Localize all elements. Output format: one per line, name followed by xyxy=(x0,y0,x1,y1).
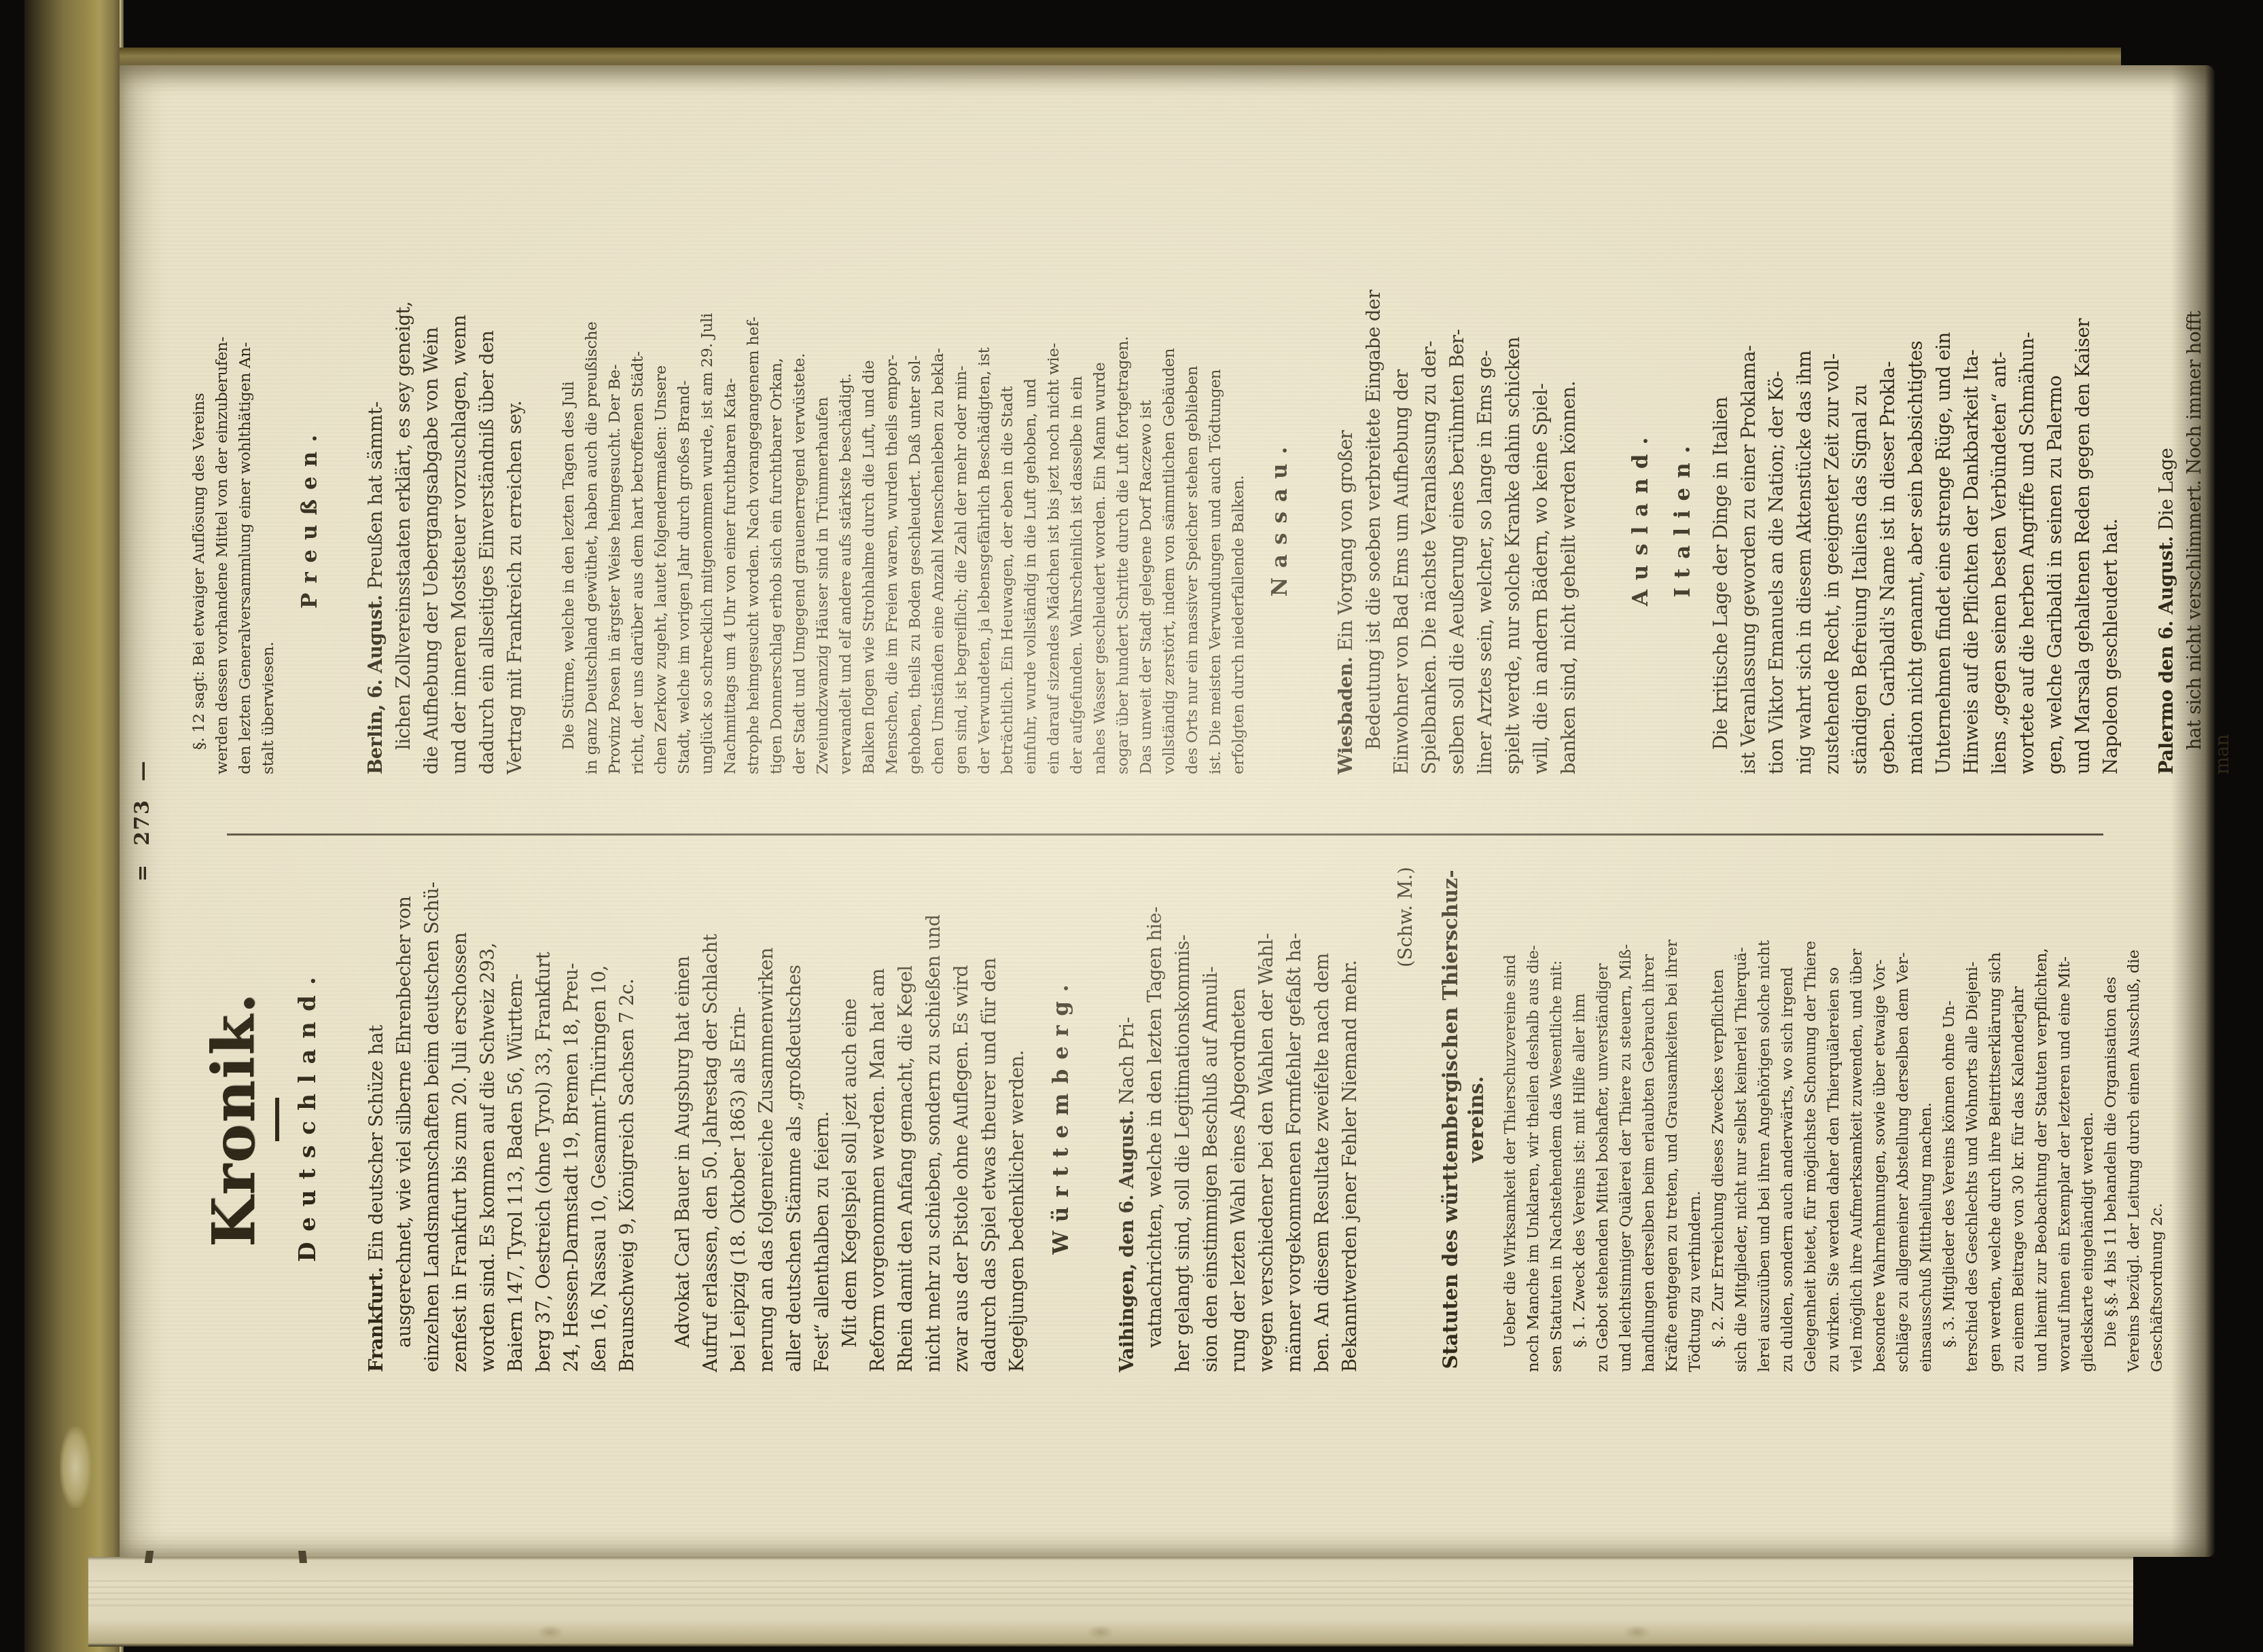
heading-nassau: Nassau. xyxy=(1268,269,1292,774)
heading-statuten-thierschuzverein: Statuten des württembergischen Thierschu… xyxy=(1438,867,1489,1372)
dateline: Frankfurt. xyxy=(366,1267,387,1372)
book-cover-top-edge xyxy=(120,48,2121,67)
masthead-title: Kronik. xyxy=(200,867,268,1372)
page-number-value: 273 xyxy=(130,799,154,846)
page-notch xyxy=(298,1551,307,1563)
column-left: Kronik. Deutschland. Frankfurt. Ein deut… xyxy=(200,867,2169,1372)
stack-edge-mark xyxy=(1087,1625,1114,1640)
heading-italien: Italien. xyxy=(1671,269,1695,774)
article-body: ausgerechnet, wie viel silberne Ehrenbec… xyxy=(391,867,641,1372)
article-vaihingen: Vaihingen, den 6. August. Nach Pri-vatna… xyxy=(1086,867,1392,1372)
statuten-paragraph-3: §. 3. Mitglieder des Vereins können ohne… xyxy=(1938,867,2099,1372)
stack-edge-mark xyxy=(1624,1625,1651,1640)
column-divider-rule xyxy=(227,833,2103,836)
statuten-paragraph-2: §. 2. Zur Erreichung dieses Zweckes verp… xyxy=(1707,867,1938,1372)
statuten-paragraph-4-11: Die §.§. 4 bis 11 behandeln die Organisa… xyxy=(2099,867,2169,1372)
article-frankfurt: Frankfurt. Ein deutscher Schüze hatausge… xyxy=(335,867,669,1372)
article-wiesbaden-spielbanken: Wiesbaden. Ein Vorgang von großerBedeutu… xyxy=(1304,269,1611,774)
article-stuerme-posen: Die Stürme, welche in den lezten Tagen d… xyxy=(557,269,1250,774)
page-number: =273— xyxy=(130,269,154,1372)
article-berlin-zollverein: Berlin, 6. August. Preußen hat sämmt-lic… xyxy=(334,269,557,774)
masthead-rule xyxy=(275,1098,279,1141)
stack-edge-mark xyxy=(537,1625,564,1640)
page-number-dash-right: — xyxy=(130,742,154,799)
article-first-line: Nach Pri- xyxy=(1116,1017,1138,1110)
column-right: §. 12 sagt: Bei etwaiger Auflösung des V… xyxy=(188,269,2263,774)
statuten-intro: Ueber die Wirksamkeit der Thierschuzvere… xyxy=(1499,867,1568,1372)
book-photo: =273— Kronik. Deutschland. Frankfurt. Ei… xyxy=(0,0,2263,1652)
cover-damage-spot xyxy=(60,1426,91,1508)
article-kegelspiel-reform: Mit dem Kegelspiel soll jezt auch eine R… xyxy=(836,867,1031,1372)
article-body: lichen Zollvereinsstaaten erklärt, es se… xyxy=(390,269,529,774)
page-content: =273— Kronik. Deutschland. Frankfurt. Ei… xyxy=(120,65,2215,1557)
page-right-edge-shadow xyxy=(2171,65,2216,1557)
article-first-line: Ein Vorgang von großer xyxy=(1335,431,1357,657)
article-body: Bedeutung ist die soeben verbreitete Ein… xyxy=(1360,269,1583,774)
heading-preussen: Preußen. xyxy=(298,269,322,774)
dateline: Wiesbaden. xyxy=(1335,657,1357,774)
dateline: Berlin, 6. August. xyxy=(365,595,387,774)
page-number-dash-left: = xyxy=(130,846,154,899)
book-cover-spine xyxy=(24,0,121,1652)
statuten-paragraph-1: §. 1. Zweck des Vereins ist: mit Hilfe a… xyxy=(1568,867,1707,1372)
article-italien-proklamation: Die kritische Lage der Dinge in Italien … xyxy=(1707,269,2125,774)
article-first-line: Preußen hat sämmt- xyxy=(365,401,387,595)
source-attribution: (Schw. M.) xyxy=(1392,867,1420,1372)
article-first-line: Ein deutscher Schüze hat xyxy=(366,1025,387,1267)
statuten-paragraph-12: §. 12 sagt: Bei etwaiger Auflösung des V… xyxy=(188,269,280,774)
heading-deutschland: Deutschland. xyxy=(294,867,321,1372)
heading-ausland: Ausland. xyxy=(1628,269,1653,774)
article-bauer-aufruf: Advokat Carl Bauer in Augsburg hat einen… xyxy=(669,867,836,1372)
dateline: Vaihingen, den 6. August. xyxy=(1116,1110,1138,1372)
article-body: vatnachrichten, welche in den lezten Tag… xyxy=(1141,867,1364,1372)
heading-wuerttemberg: Württemberg. xyxy=(1049,867,1073,1372)
